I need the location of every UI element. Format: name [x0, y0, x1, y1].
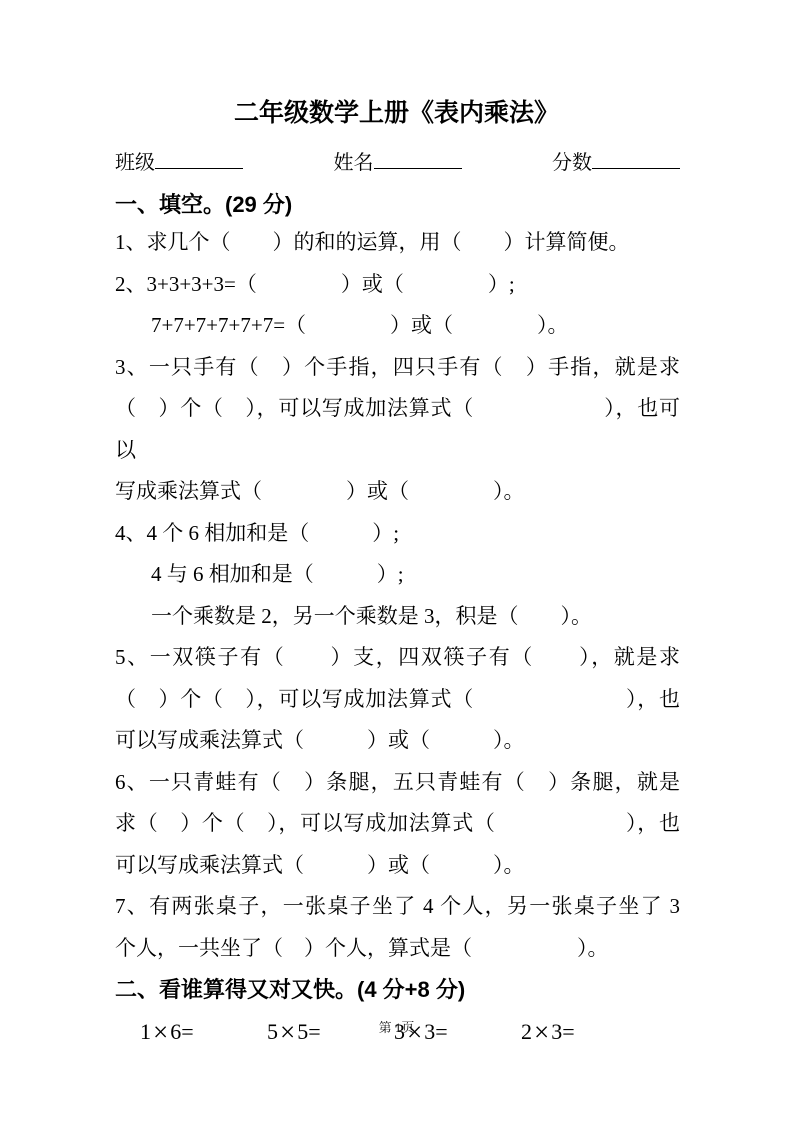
name-label: 姓名 [334, 152, 374, 174]
worksheet-line: 写成乘法算式（ ）或（ ）。 [115, 471, 680, 513]
worksheet-line: 2、3+3+3+3=（ ）或（ ）; [115, 264, 680, 306]
worksheet-line: 7、有两张桌子，一张桌子坐了 4 个人，另一张桌子坐了 3 [115, 886, 680, 928]
section-2-heading: 二、看谁算得又对又快。(4 分+8 分) [115, 969, 680, 1011]
class-field: 班级 [115, 148, 243, 178]
section-1-heading: 一、填空。(29 分) [115, 188, 680, 222]
worksheet-line: 4、4 个 6 相加和是（ ）; [115, 513, 680, 555]
score-field: 分数 [552, 148, 680, 178]
worksheet-line: 1、求几个（ ）的和的运算，用（ ）计算简便。 [115, 222, 680, 264]
name-blank-line [374, 148, 462, 169]
worksheet-line: （ ）个（ ），可以写成加法算式（ ），也 [115, 679, 680, 721]
worksheet-line: 个人，一共坐了（ ）个人，算式是（ ）。 [115, 928, 680, 970]
worksheet-line: 5、一双筷子有（ ）支，四双筷子有（ ），就是求 [115, 637, 680, 679]
worksheet-line: 可以写成乘法算式（ ）或（ ）。 [115, 720, 680, 762]
name-field: 姓名 [334, 148, 462, 178]
worksheet-body: 一、填空。(29 分) 1、求几个（ ）的和的运算，用（ ）计算简便。 2、3+… [115, 188, 680, 1052]
score-blank-line [592, 148, 680, 169]
worksheet-page: 二年级数学上册《表内乘法》 班级 姓名 分数 一、填空。(29 分) 1、求几个… [0, 0, 793, 1122]
worksheet-line: 可以写成乘法算式（ ）或（ ）。 [115, 845, 680, 887]
worksheet-line: 6、一只青蛙有（ ）条腿，五只青蛙有（ ）条腿，就是 [115, 762, 680, 804]
page-title: 二年级数学上册《表内乘法》 [0, 96, 793, 130]
worksheet-line: 求（ ）个（ ），可以写成加法算式（ ），也 [115, 803, 680, 845]
page-number: 第 1页 [0, 1018, 793, 1038]
worksheet-line: 7+7+7+7+7+7=（ ）或（ ）。 [115, 305, 680, 347]
class-label: 班级 [115, 152, 155, 174]
worksheet-line: 一个乘数是 2，另一个乘数是 3，积是（ ）。 [115, 596, 680, 638]
student-info-row: 班级 姓名 分数 [115, 148, 680, 178]
class-blank-line [155, 148, 243, 169]
worksheet-line: 3、一只手有（ ）个手指，四只手有（ ）手指，就是求 [115, 347, 680, 389]
score-label: 分数 [552, 152, 592, 174]
worksheet-line: 4 与 6 相加和是（ ）; [115, 554, 680, 596]
worksheet-line: （ ）个（ ），可以写成加法算式（ ），也可以 [115, 388, 680, 471]
